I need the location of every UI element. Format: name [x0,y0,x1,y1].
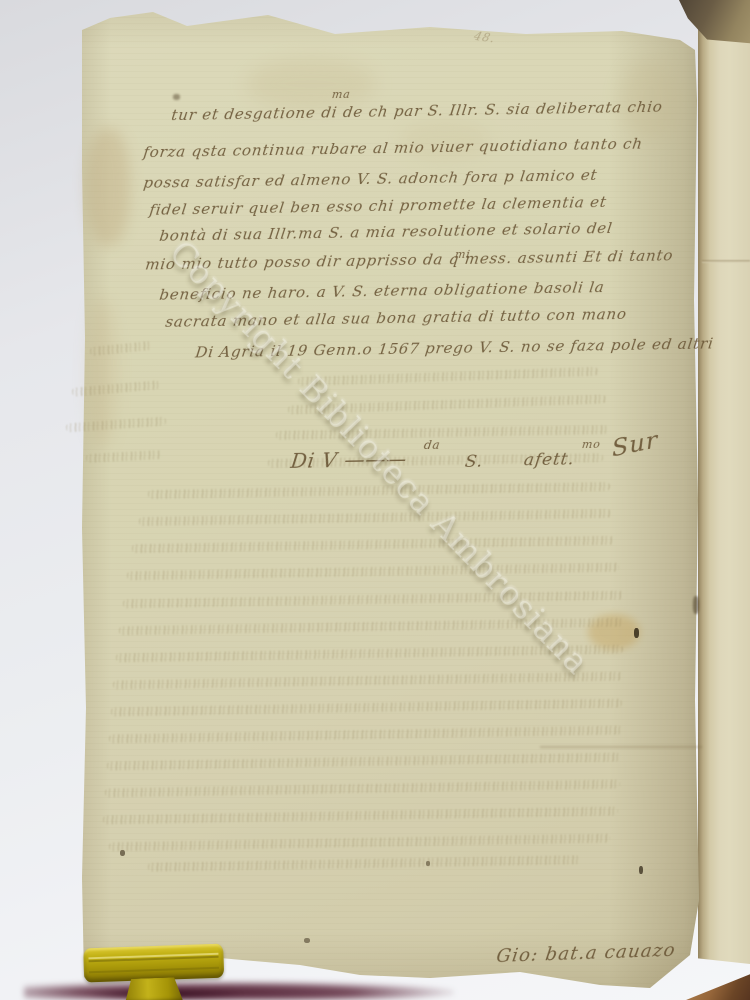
page-fold-crease [540,746,702,748]
manuscript-page [80,8,702,990]
adjacent-page-fold-crease [702,260,750,263]
adjacent-page [698,24,750,964]
clip-stem [124,977,183,1000]
wood-table-corner [686,970,750,1000]
binding-shadow-top-right [676,0,750,46]
yellow-paper-clip [83,940,227,1000]
clip-bar [83,944,224,983]
manuscript-photo: 48.matur et desgatione di de ch par S. I… [0,0,750,1000]
